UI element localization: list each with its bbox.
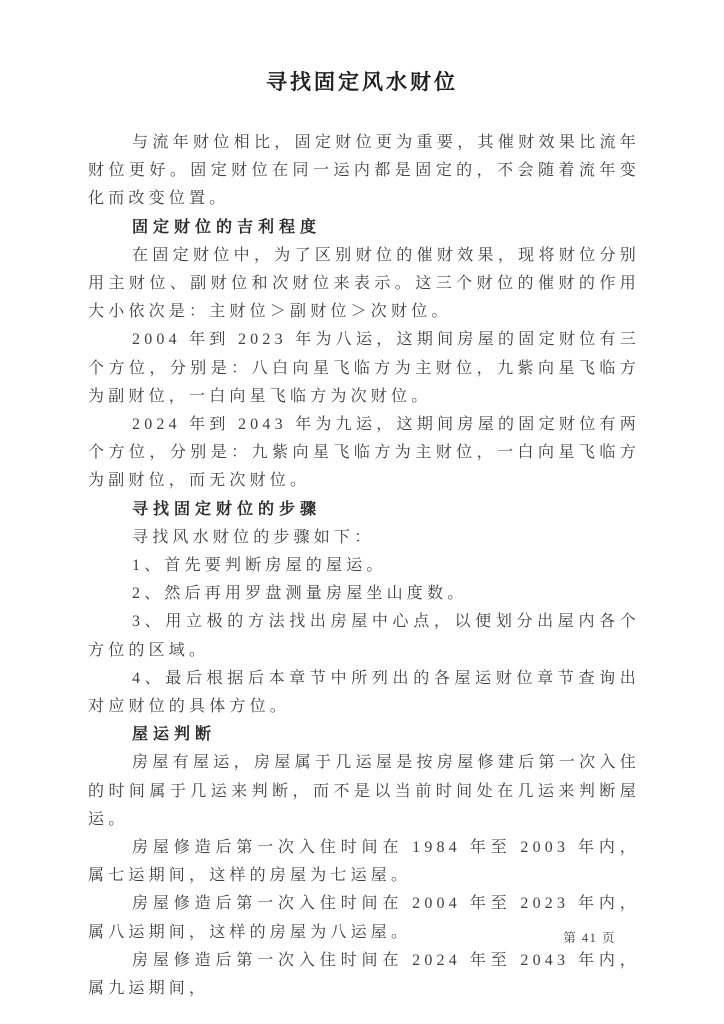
document-page: 寻找固定风水财位 与流年财位相比，固定财位更为重要，其催财效果比流年财位更好。固… <box>0 0 724 1024</box>
paragraph: 4、最后根据后本章节中所列出的各屋运财位章节查询出对应财位的具体方位。 <box>88 665 640 721</box>
document-body: 与流年财位相比，固定财位更为重要，其催财效果比流年财位更好。固定财位在同一运内都… <box>88 129 640 1003</box>
page-number: 第 41 页 <box>563 928 616 946</box>
paragraph: 3、用立极的方法找出房屋中心点，以便划分出屋内各个方位的区域。 <box>88 608 640 664</box>
paragraph: 房屋修造后第一次入住时间在 1984 年至 2003 年内，属七运期间，这样的房… <box>88 834 640 890</box>
section-heading: 固定财位的吉利程度 <box>88 214 640 242</box>
paragraph: 1、首先要判断房屋的屋运。 <box>88 552 640 580</box>
page-title: 寻找固定风水财位 <box>0 0 724 96</box>
section-heading: 屋运判断 <box>88 721 640 749</box>
paragraph: 2004 年到 2023 年为八运，这期间房屋的固定财位有三个方位，分别是：八白… <box>88 326 640 411</box>
section-heading: 寻找固定财位的步骤 <box>88 496 640 524</box>
paragraph: 2、然后再用罗盘测量房屋坐山度数。 <box>88 580 640 608</box>
paragraph: 房屋有屋运，房屋属于几运屋是按房屋修建后第一次入住的时间属于几运来判断，而不是以… <box>88 749 640 834</box>
paragraph: 房屋修造后第一次入住时间在 2004 年至 2023 年内，属八运期间，这样的房… <box>88 890 640 946</box>
paragraph: 与流年财位相比，固定财位更为重要，其催财效果比流年财位更好。固定财位在同一运内都… <box>88 129 640 214</box>
paragraph: 房屋修造后第一次入住时间在 2024 年至 2043 年内，属九运期间， <box>88 947 640 1003</box>
paragraph: 寻找风水财位的步骤如下： <box>88 524 640 552</box>
paragraph: 2024 年到 2043 年为九运，这期间房屋的固定财位有两个方位，分别是：九紫… <box>88 411 640 496</box>
paragraph: 在固定财位中，为了区别财位的催财效果，现将财位分别用主财位、副财位和次财位来表示… <box>88 242 640 327</box>
